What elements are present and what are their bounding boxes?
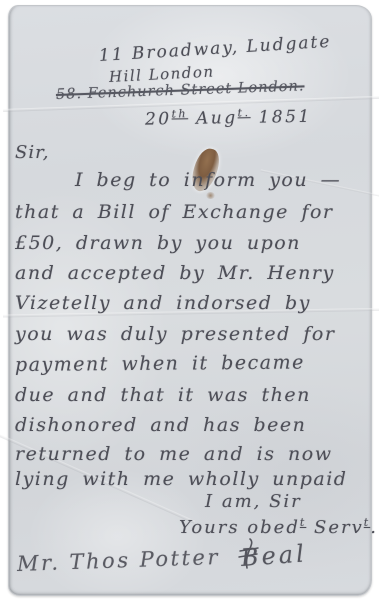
address-line-1: 11 Broadway, Ludgate (98, 32, 332, 66)
address-struck-through: 58. Fenchurch Street London. (56, 78, 305, 103)
letter-line: lying with me wholly unpaid (15, 468, 347, 490)
scanned-letter: 11 Broadway, Ludgate Hill London 58. Fen… (0, 0, 379, 600)
letter-line: payment when it became (15, 351, 305, 376)
letter-line: and accepted by Mr. Henry (15, 262, 335, 284)
signature-name: Beal (240, 539, 308, 572)
addressee-name: Mr. Thos Potter (17, 545, 221, 576)
letter-line: that a Bill of Exchange for (15, 201, 334, 223)
letter-line: I beg to inform you — (75, 169, 341, 191)
closing-text: Yours obed (179, 517, 300, 538)
date-day-suffix: th (171, 107, 188, 120)
closing-line-2: Yours obedt Servt. (179, 516, 378, 538)
date-line: 20th Augt. 1851 (145, 105, 312, 130)
wafer-seal-blemish-dot (206, 192, 215, 199)
closing-text: . (370, 517, 378, 538)
letter-line: returned to me and is now (15, 443, 332, 465)
letter-line: dishonored and has been (15, 414, 306, 436)
salutation: Sir, (15, 142, 49, 163)
closing-line-1: I am, Sir (205, 491, 302, 512)
letter-line: you was duly presented for (15, 323, 335, 345)
date-day: 20 (145, 109, 172, 129)
letter-line: due and that it was then (15, 384, 311, 406)
letter-line: £50, drawn by you upon (15, 232, 301, 254)
letter-line: Vizetelly and indorsed by (15, 292, 311, 314)
date-month-suffix: t. (237, 106, 250, 119)
closing-text: Serv (306, 517, 363, 538)
date-month: Aug (188, 108, 238, 129)
date-year: 1851 (250, 107, 312, 128)
letter-paper: 11 Broadway, Ludgate Hill London 58. Fen… (8, 5, 372, 596)
